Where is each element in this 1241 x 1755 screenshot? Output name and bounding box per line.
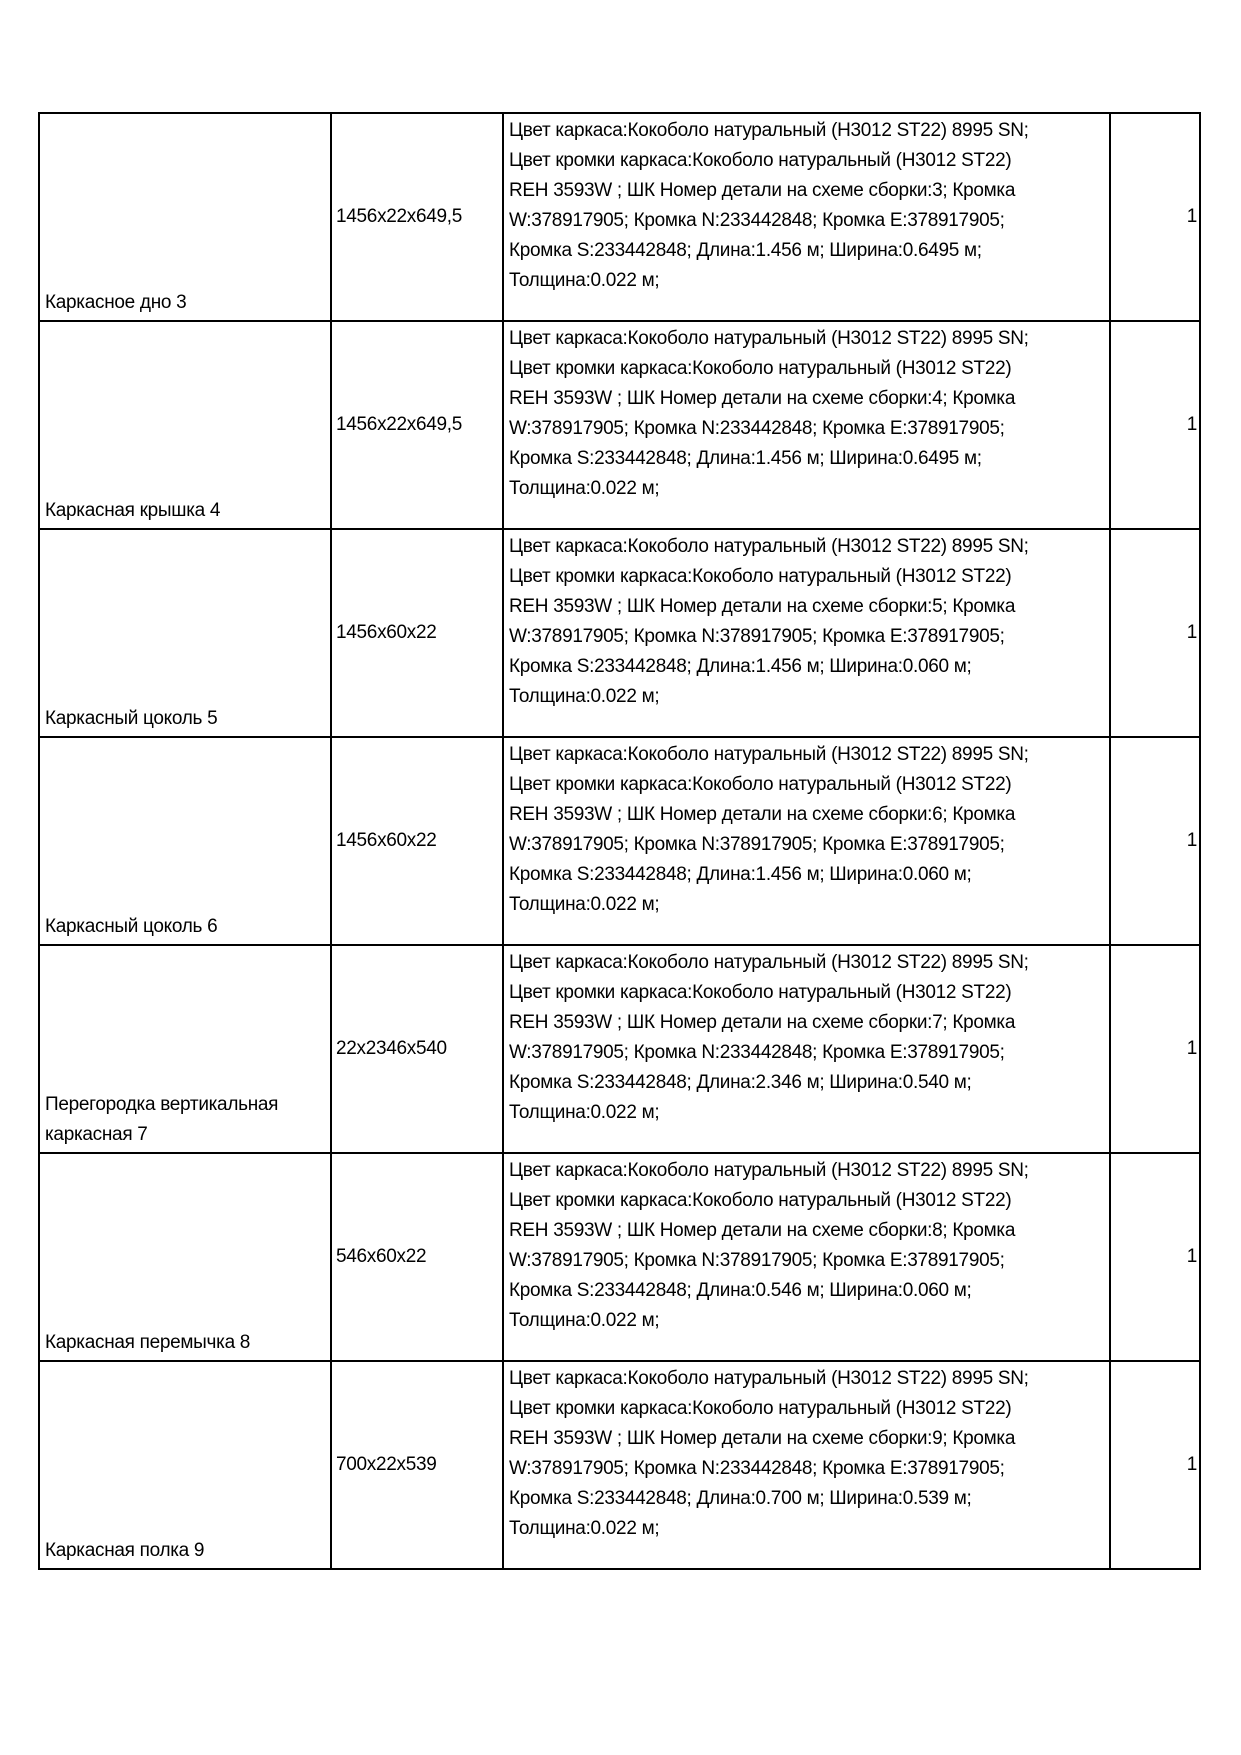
part-size-cell: 546x60x22 <box>331 1153 503 1361</box>
part-description-cell: Цвет каркаса:Кокоболо натуральный (H3012… <box>503 1361 1110 1569</box>
part-size: 546x60x22 <box>336 1246 426 1267</box>
part-description-line: Цвет каркаса:Кокоболо натуральный (H3012… <box>509 740 1105 770</box>
part-name-cell: Каркасное дно 3 <box>39 113 331 321</box>
part-size: 22x2346x540 <box>336 1038 447 1059</box>
part-description-line: REH 3593W ; ШК Номер детали на схеме сбо… <box>509 1008 1105 1038</box>
part-name-line: Перегородка вертикальная <box>45 1090 326 1120</box>
part-size-cell: 1456x60x22 <box>331 737 503 945</box>
part-description-line: Кромка S:233442848; Длина:0.546 м; Ширин… <box>509 1276 1105 1306</box>
part-size: 1456x60x22 <box>336 622 437 643</box>
part-name-cell: Перегородка вертикальнаякаркасная 7 <box>39 945 331 1153</box>
part-description-line: Кромка S:233442848; Длина:1.456 м; Ширин… <box>509 652 1105 682</box>
table-row: Каркасный цоколь 5 1456x60x22 Цвет карка… <box>39 529 1200 737</box>
part-size: 1456x22x649,5 <box>336 206 462 227</box>
part-quantity: 1 <box>1187 206 1197 227</box>
part-quantity-cell: 1 <box>1110 1361 1200 1569</box>
part-description-line: W:378917905; Кромка N:378917905; Кромка … <box>509 622 1105 652</box>
part-description-cell: Цвет каркаса:Кокоболо натуральный (H3012… <box>503 113 1110 321</box>
part-size: 700x22x539 <box>336 1454 437 1475</box>
part-size: 1456x22x649,5 <box>336 414 462 435</box>
part-quantity-cell: 1 <box>1110 1153 1200 1361</box>
part-description-line: Цвет каркаса:Кокоболо натуральный (H3012… <box>509 116 1105 146</box>
part-name-line: каркасная 7 <box>45 1120 326 1150</box>
part-description-line: W:378917905; Кромка N:233442848; Кромка … <box>509 206 1105 236</box>
part-description-line: Кромка S:233442848; Длина:1.456 м; Ширин… <box>509 860 1105 890</box>
part-description-line: W:378917905; Кромка N:378917905; Кромка … <box>509 1246 1105 1276</box>
part-description-line: Толщина:0.022 м; <box>509 1098 1105 1128</box>
table-row: Каркасный цоколь 6 1456x60x22 Цвет карка… <box>39 737 1200 945</box>
part-description-line: Толщина:0.022 м; <box>509 1514 1105 1544</box>
part-quantity: 1 <box>1187 1246 1197 1267</box>
part-description-line: Толщина:0.022 м; <box>509 1306 1105 1336</box>
part-size: 1456x60x22 <box>336 830 437 851</box>
part-description-line: Цвет каркаса:Кокоболо натуральный (H3012… <box>509 532 1105 562</box>
table-row: Перегородка вертикальнаякаркасная 7 22x2… <box>39 945 1200 1153</box>
part-description-line: Цвет кромки каркаса:Кокоболо натуральный… <box>509 978 1105 1008</box>
part-description-line: Толщина:0.022 м; <box>509 474 1105 504</box>
part-quantity-cell: 1 <box>1110 945 1200 1153</box>
part-quantity-cell: 1 <box>1110 113 1200 321</box>
part-description-line: Толщина:0.022 м; <box>509 682 1105 712</box>
part-name-line: Каркасное дно 3 <box>45 288 326 318</box>
part-description-line: W:378917905; Кромка N:233442848; Кромка … <box>509 1038 1105 1068</box>
part-description-line: Толщина:0.022 м; <box>509 266 1105 296</box>
part-description-line: Кромка S:233442848; Длина:0.700 м; Ширин… <box>509 1484 1105 1514</box>
part-description-line: Цвет кромки каркаса:Кокоболо натуральный… <box>509 1186 1105 1216</box>
part-description-line: Цвет кромки каркаса:Кокоболо натуральный… <box>509 146 1105 176</box>
part-size-cell: 1456x22x649,5 <box>331 113 503 321</box>
part-description-line: REH 3593W ; ШК Номер детали на схеме сбо… <box>509 176 1105 206</box>
part-description-cell: Цвет каркаса:Кокоболо натуральный (H3012… <box>503 321 1110 529</box>
part-description-line: Кромка S:233442848; Длина:1.456 м; Ширин… <box>509 444 1105 474</box>
part-size-cell: 1456x22x649,5 <box>331 321 503 529</box>
part-description-line: Цвет каркаса:Кокоболо натуральный (H3012… <box>509 1156 1105 1186</box>
part-description-line: W:378917905; Кромка N:378917905; Кромка … <box>509 830 1105 860</box>
part-name-cell: Каркасный цоколь 5 <box>39 529 331 737</box>
table-row: Каркасная полка 9 700x22x539 Цвет каркас… <box>39 1361 1200 1569</box>
part-quantity-cell: 1 <box>1110 529 1200 737</box>
part-size-cell: 1456x60x22 <box>331 529 503 737</box>
part-size-cell: 700x22x539 <box>331 1361 503 1569</box>
table-row: Каркасная крышка 4 1456x22x649,5 Цвет ка… <box>39 321 1200 529</box>
part-name-line: Каркасный цоколь 5 <box>45 704 326 734</box>
part-description-line: Цвет кромки каркаса:Кокоболо натуральный… <box>509 1394 1105 1424</box>
part-description-line: REH 3593W ; ШК Номер детали на схеме сбо… <box>509 592 1105 622</box>
part-description-line: W:378917905; Кромка N:233442848; Кромка … <box>509 414 1105 444</box>
part-description-line: Цвет каркаса:Кокоболо натуральный (H3012… <box>509 1364 1105 1394</box>
part-name-line: Каркасная крышка 4 <box>45 496 326 526</box>
parts-table: Каркасное дно 3 1456x22x649,5 Цвет карка… <box>38 112 1201 1570</box>
part-description-cell: Цвет каркаса:Кокоболо натуральный (H3012… <box>503 1153 1110 1361</box>
part-name-cell: Каркасная перемычка 8 <box>39 1153 331 1361</box>
parts-table-body: Каркасное дно 3 1456x22x649,5 Цвет карка… <box>39 113 1200 1569</box>
part-name-line: Каркасная перемычка 8 <box>45 1328 326 1358</box>
part-quantity: 1 <box>1187 1454 1197 1475</box>
part-description-line: Цвет каркаса:Кокоболо натуральный (H3012… <box>509 324 1105 354</box>
part-description-cell: Цвет каркаса:Кокоболо натуральный (H3012… <box>503 945 1110 1153</box>
part-name-line: Каркасный цоколь 6 <box>45 912 326 942</box>
part-description-line: REH 3593W ; ШК Номер детали на схеме сбо… <box>509 1216 1105 1246</box>
table-row: Каркасное дно 3 1456x22x649,5 Цвет карка… <box>39 113 1200 321</box>
part-quantity: 1 <box>1187 622 1197 643</box>
part-description-line: Кромка S:233442848; Длина:1.456 м; Ширин… <box>509 236 1105 266</box>
part-name-cell: Каркасная крышка 4 <box>39 321 331 529</box>
part-description-line: Толщина:0.022 м; <box>509 890 1105 920</box>
part-description-line: REH 3593W ; ШК Номер детали на схеме сбо… <box>509 384 1105 414</box>
part-quantity-cell: 1 <box>1110 737 1200 945</box>
part-size-cell: 22x2346x540 <box>331 945 503 1153</box>
table-row: Каркасная перемычка 8 546x60x22 Цвет кар… <box>39 1153 1200 1361</box>
part-description-line: Кромка S:233442848; Длина:2.346 м; Ширин… <box>509 1068 1105 1098</box>
part-description-line: Цвет кромки каркаса:Кокоболо натуральный… <box>509 562 1105 592</box>
part-name-cell: Каркасный цоколь 6 <box>39 737 331 945</box>
part-description-line: Цвет кромки каркаса:Кокоболо натуральный… <box>509 770 1105 800</box>
part-quantity-cell: 1 <box>1110 321 1200 529</box>
part-description-cell: Цвет каркаса:Кокоболо натуральный (H3012… <box>503 529 1110 737</box>
part-description-line: REH 3593W ; ШК Номер детали на схеме сбо… <box>509 800 1105 830</box>
part-name-line: Каркасная полка 9 <box>45 1536 326 1566</box>
part-quantity: 1 <box>1187 1038 1197 1059</box>
part-description-line: W:378917905; Кромка N:233442848; Кромка … <box>509 1454 1105 1484</box>
part-quantity: 1 <box>1187 830 1197 851</box>
part-name-cell: Каркасная полка 9 <box>39 1361 331 1569</box>
part-quantity: 1 <box>1187 414 1197 435</box>
part-description-line: REH 3593W ; ШК Номер детали на схеме сбо… <box>509 1424 1105 1454</box>
part-description-cell: Цвет каркаса:Кокоболо натуральный (H3012… <box>503 737 1110 945</box>
part-description-line: Цвет кромки каркаса:Кокоболо натуральный… <box>509 354 1105 384</box>
part-description-line: Цвет каркаса:Кокоболо натуральный (H3012… <box>509 948 1105 978</box>
